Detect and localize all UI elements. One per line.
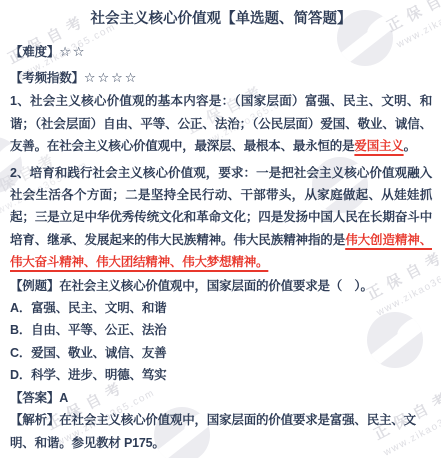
example-question-text: 在社会主义核心价值观中，国家层面的价值要求是（ ）。	[59, 279, 373, 293]
difficulty-row: 【难度】☆☆	[10, 42, 432, 62]
frequency-row: 【考频指数】☆☆☆☆	[10, 68, 432, 88]
difficulty-label: 【难度】	[10, 45, 59, 59]
knowledge-point-1-suffix: 。	[404, 139, 416, 153]
answer-row: 【答案】A	[10, 387, 432, 409]
frequency-label: 【考频指数】	[10, 71, 84, 85]
frequency-stars: ☆☆☆☆	[84, 70, 139, 85]
answer-value: A	[59, 391, 68, 405]
knowledge-point-2: 2、培育和践行社会主义核心价值观，要求：一是把社会主义核心价值观融入社会生活各个…	[10, 162, 432, 274]
example-question-row: 【例题】在社会主义核心价值观中，国家层面的价值要求是（ ）。	[10, 275, 432, 297]
option-c: C．爱国、敬业、诚信、友善	[10, 342, 432, 364]
knowledge-point-1: 1、社会主义核心价值观的基本内容是：（国家层面）富强、民主、文明、和谐；（社会层…	[10, 90, 432, 157]
page-title: 社会主义核心价值观【单选题、简答题】	[10, 8, 432, 30]
option-d: D．科学、进步、明德、笃实	[10, 364, 432, 386]
document-page: 正保自考 www.zikao365.com 正保自考 www.zikao365.…	[0, 0, 441, 458]
option-a: A．富强、民主、文明、和谐	[10, 297, 432, 319]
knowledge-point-1-highlight: 爱国主义	[354, 139, 403, 153]
analysis-label: 【解析】	[10, 413, 59, 427]
difficulty-stars: ☆☆	[59, 44, 86, 59]
analysis-text: 在社会主义核心价值观中，国家层面的价值要求是富强、民主、文明、和谐。参见教材 P…	[10, 413, 416, 449]
option-b: B．自由、平等、公正、法治	[10, 319, 432, 341]
analysis-row: 【解析】在社会主义核心价值观中，国家层面的价值要求是富强、民主、文明、和谐。参见…	[10, 409, 432, 454]
answer-label: 【答案】	[10, 391, 59, 405]
document-body: 社会主义核心价值观【单选题、简答题】 【难度】☆☆ 【考频指数】☆☆☆☆ 1、社…	[0, 0, 441, 454]
example-label: 【例题】	[10, 279, 59, 293]
